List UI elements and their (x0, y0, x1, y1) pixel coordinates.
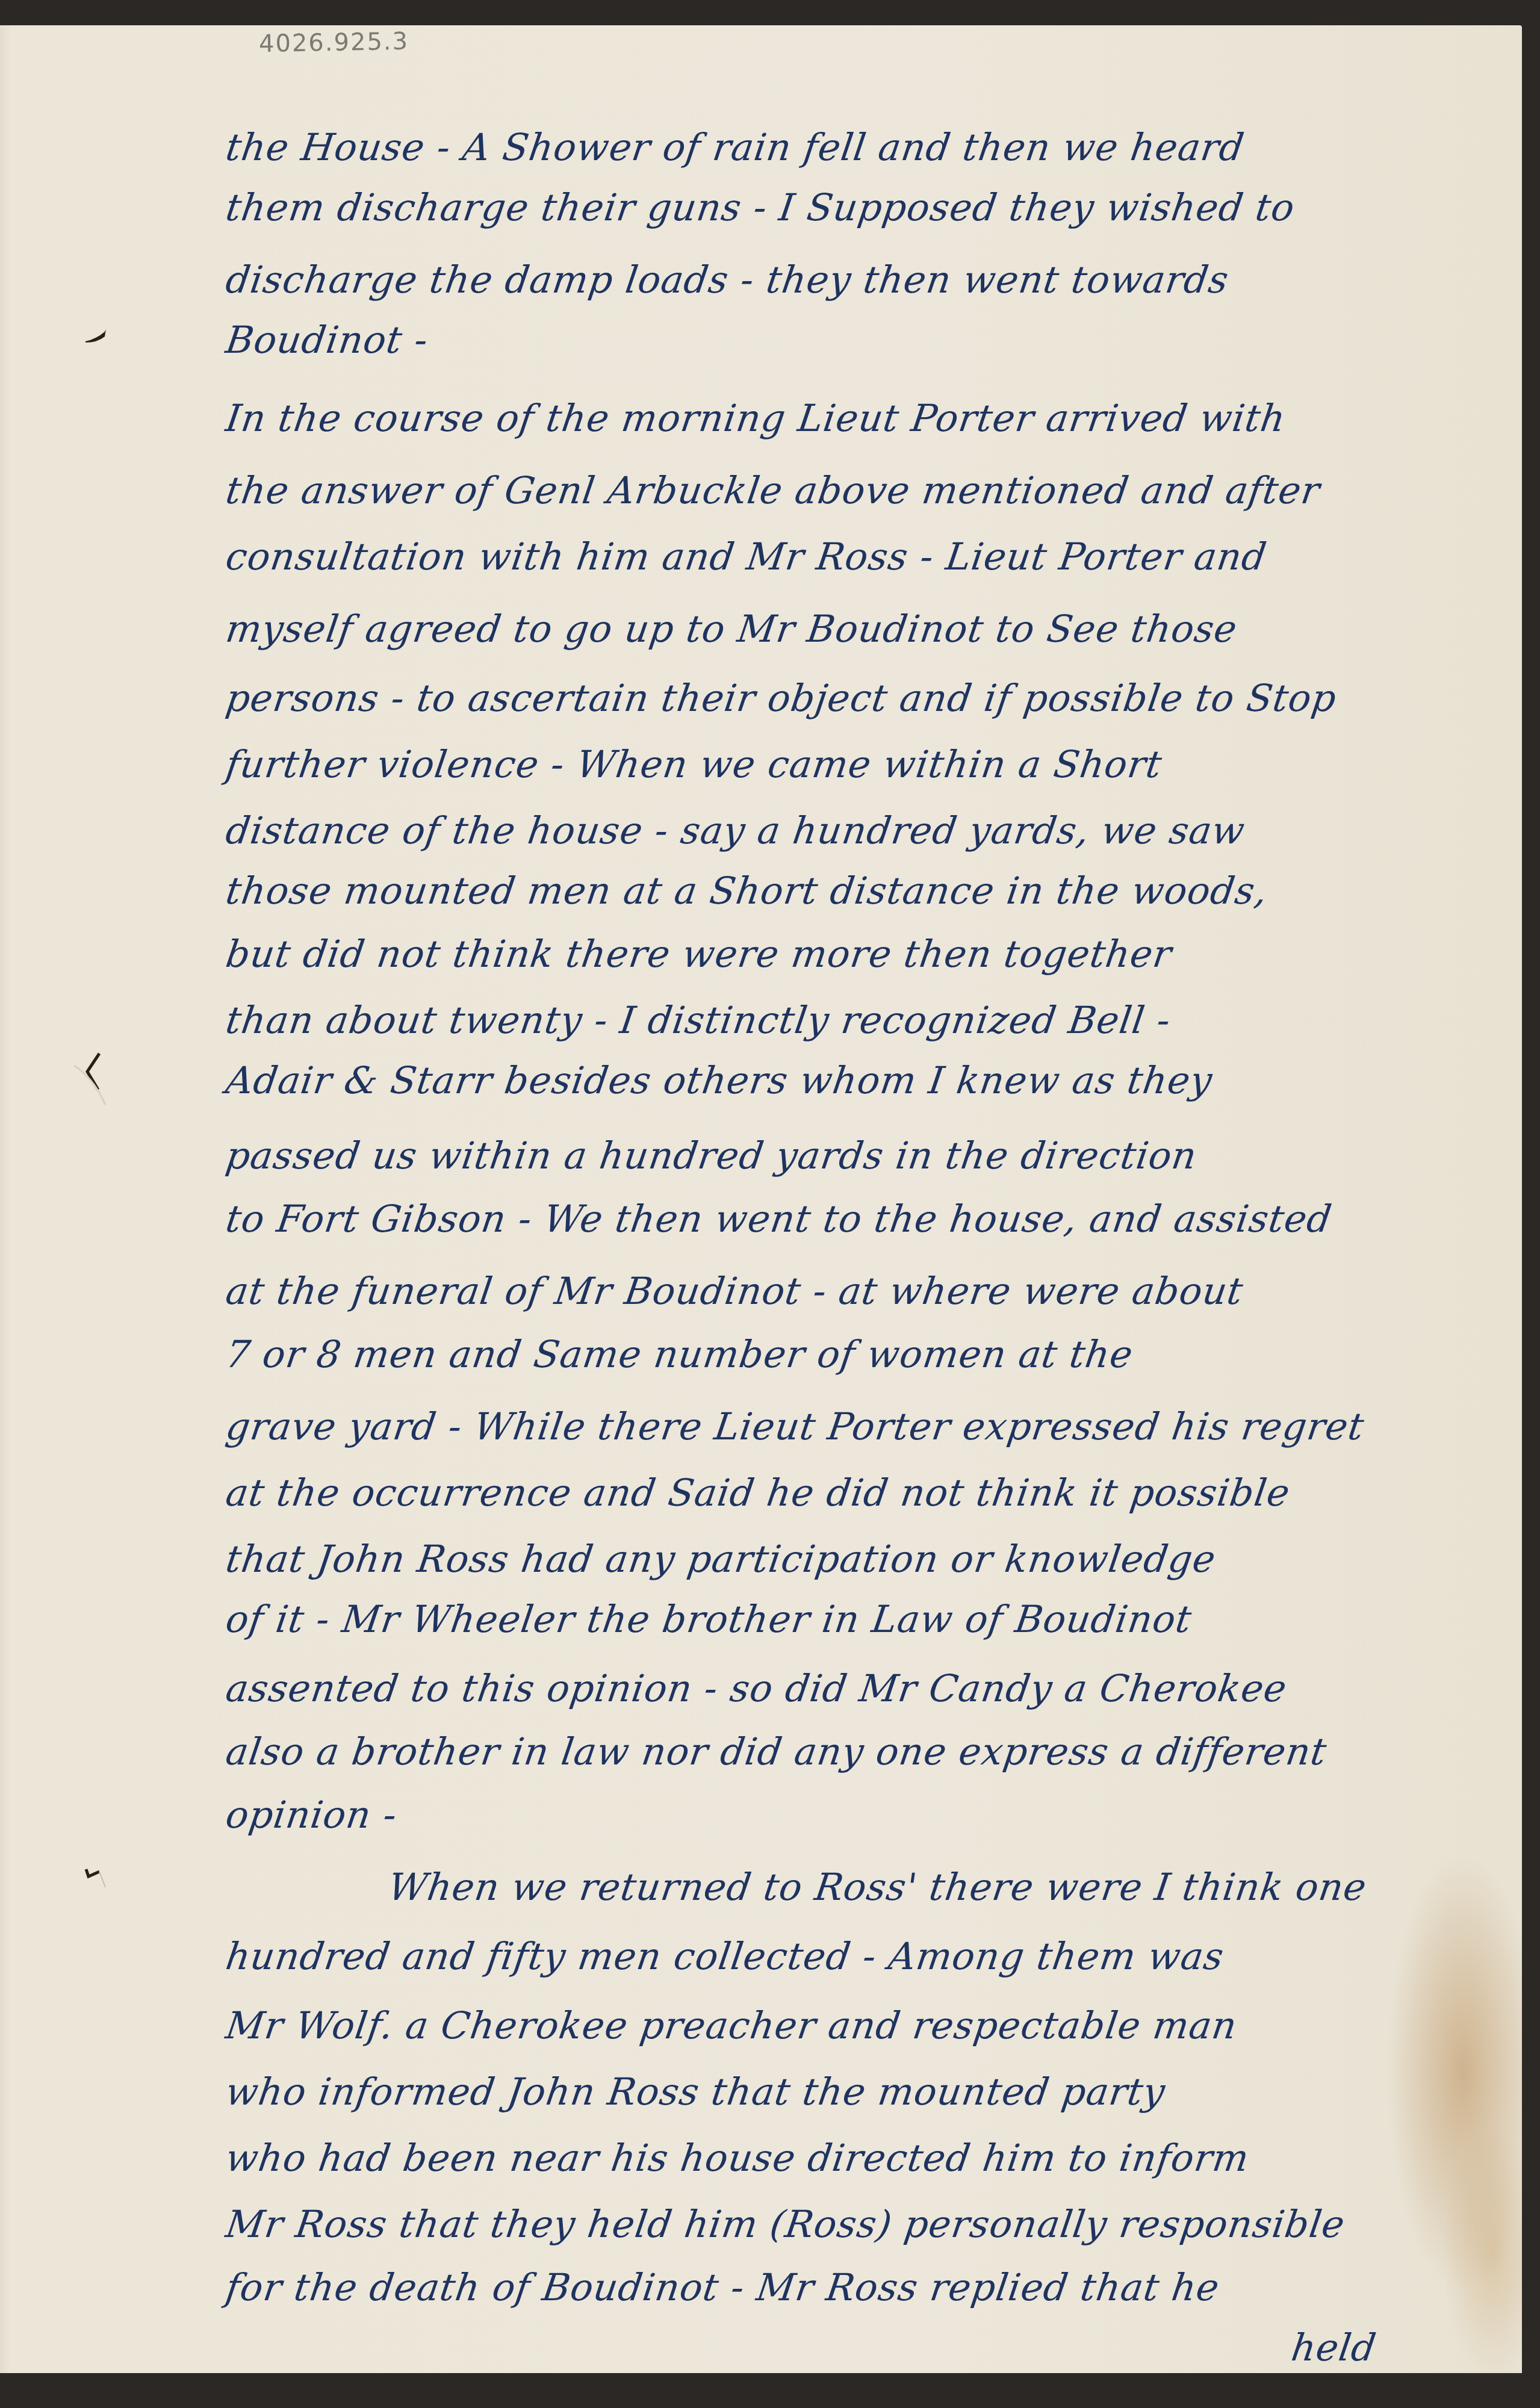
manuscript-line: When we returned to Ross' there were I t… (385, 1863, 1540, 1911)
manuscript-line: persons - to ascertain their object and … (223, 674, 1512, 722)
manuscript-line: Boudinot - (223, 316, 1512, 364)
manuscript-line: to Fort Gibson - We then went to the hou… (223, 1195, 1512, 1243)
manuscript-line: who informed John Ross that the mounted … (223, 2068, 1512, 2116)
manuscript-line: at the funeral of Mr Boudinot - at where… (223, 1267, 1512, 1315)
manuscript-line: In the course of the morning Lieut Porte… (223, 394, 1512, 442)
manuscript-line: Adair & Starr besides others whom I knew… (223, 1057, 1512, 1105)
manuscript-line: 7 or 8 men and Same number of women at t… (223, 1330, 1512, 1379)
manuscript-line: myself agreed to go up to Mr Boudinot to… (223, 605, 1512, 653)
manuscript-line: but did not think there were more then t… (223, 930, 1512, 978)
manuscript-line: further violence - When we came within a… (223, 740, 1512, 789)
manuscript-line: of it - Mr Wheeler the brother in Law of… (223, 1595, 1512, 1643)
manuscript-line: grave yard - While there Lieut Porter ex… (223, 1403, 1512, 1451)
manuscript-line: opinion - (223, 1791, 1512, 1839)
manuscript-line: who had been near his house directed him… (223, 2134, 1512, 2182)
handwritten-text: the House - A Shower of rain fell and th… (0, 0, 1540, 2408)
manuscript-line: consultation with him and Mr Ross - Lieu… (223, 533, 1512, 581)
manuscript-line: for the death of Boudinot - Mr Ross repl… (223, 2264, 1512, 2312)
manuscript-line: passed us within a hundred yards in the … (223, 1132, 1512, 1180)
manuscript-line: also a brother in law nor did any one ex… (223, 1728, 1512, 1776)
manuscript-line: assented to this opinion - so did Mr Can… (223, 1665, 1512, 1713)
manuscript-line: the answer of Genl Arbuckle above mentio… (223, 467, 1512, 515)
manuscript-line: distance of the house - say a hundred ya… (223, 807, 1512, 855)
manuscript-line: them discharge their guns - I Supposed t… (223, 184, 1512, 232)
manuscript-line: those mounted men at a Short distance in… (223, 867, 1512, 915)
manuscript-line: at the occurrence and Said he did not th… (223, 1469, 1512, 1517)
manuscript-line: discharge the damp loads - they then wen… (223, 256, 1512, 304)
manuscript-line: hundred and fifty men collected - Among … (223, 1932, 1512, 1981)
manuscript-line: the House - A Shower of rain fell and th… (223, 123, 1512, 172)
manuscript-line: that John Ross had any participation or … (223, 1535, 1512, 1583)
manuscript-line: than about twenty - I distinctly recogni… (223, 996, 1512, 1044)
manuscript-line: Mr Ross that they held him (Ross) person… (223, 2200, 1512, 2248)
catchword: held (1288, 2324, 1540, 2372)
manuscript-line: Mr Wolf. a Cherokee preacher and respect… (223, 2002, 1512, 2050)
